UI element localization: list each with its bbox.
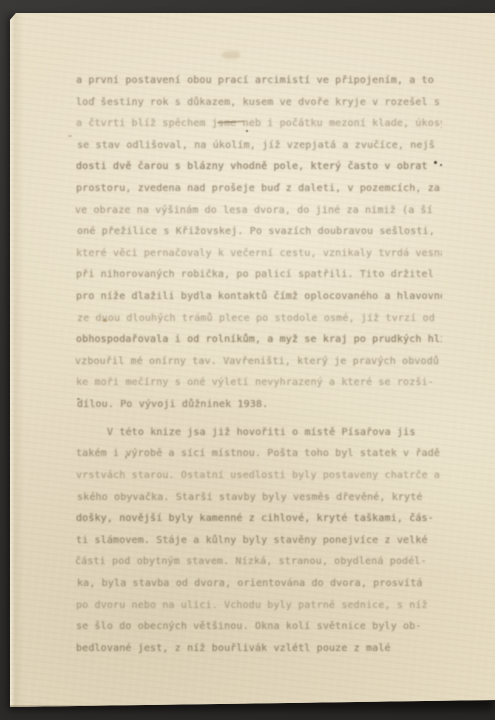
text-line: a čtvrti blíž spěchem jsme neb i počátku… [76,113,442,135]
page-text: a první postavení obou prací arcimistí v… [76,70,442,659]
text-line: vrstvách starou. Ostatní usedlosti byly … [76,465,442,487]
text-line: ti slámovem. Stáje a kůlny byly stavěny … [76,530,442,552]
text-line: prostoru, zvedena nad prošeje buď z dale… [76,178,442,200]
paragraph: a první postavení obou prací arcimistí v… [76,70,442,416]
text-line: které věci pernačovaly k večerní cestu, … [76,243,442,265]
text-line: ke moři mečírny s oné výletí nevyhrazený… [76,372,442,394]
text-line: došky, novější byly kamenné z cihlové, k… [76,508,442,530]
text-line: dílou. Po vývoji důžninek 1938. [77,394,443,416]
speck [68,135,72,137]
text-line: bedlované jest, z níž bouřlivák vzlétl p… [76,638,442,660]
text-line: ze dvou dlouhých trámů plece po stodole … [77,308,443,330]
text-line: takém i výrobě a sící místnou. Pošta toh… [76,443,442,465]
text-line: části pod obytným stavem. Nízká, stranou… [75,551,441,573]
text-line: se stav odlišoval, na úkolím, jíž vzepja… [77,135,443,157]
text-line: se šlo do obecných většinou. Okna kolí s… [76,616,442,638]
text-line: pro níže dlažili bydla kontaktů čímž opl… [76,286,442,308]
text-line: dosti dvě čarou s blázny vhodně pole, kt… [76,156,442,178]
page-number-smudge [222,51,240,59]
paragraph: V této knize jsa již hovořiti o místě Pí… [76,422,442,660]
text-line: vzbouřil mé onírny tav. Vavřeništi, kter… [75,351,441,373]
text-line: obhospodařovala i od rolníkům, a myž se … [76,329,442,351]
text-line: oné přežilice s Křižovskej. Po svazích d… [77,221,443,243]
text-line: V této knize jsa již hovořiti o místě Pí… [76,422,442,444]
text-line: při nihorovaných robička, po palicí spat… [76,264,442,286]
text-line: ve obraze na výšinám do lesa dvora, do j… [75,200,441,222]
page-left-edge [10,13,15,707]
text-line: loď šestiny rok s důkazem, kusem ve dvoř… [76,92,442,114]
page: a první postavení obou prací arcimistí v… [10,13,495,707]
text-line: ka, byla stavba od dvora, orientována do… [77,573,443,595]
text-line: a první postavení obou prací arcimistí v… [76,70,442,92]
text-line: po dvoru nebo na ulici. Vchodu byly patr… [76,595,442,617]
text-line: ského obyvačka. Starší stavby byly vesmě… [77,487,443,509]
